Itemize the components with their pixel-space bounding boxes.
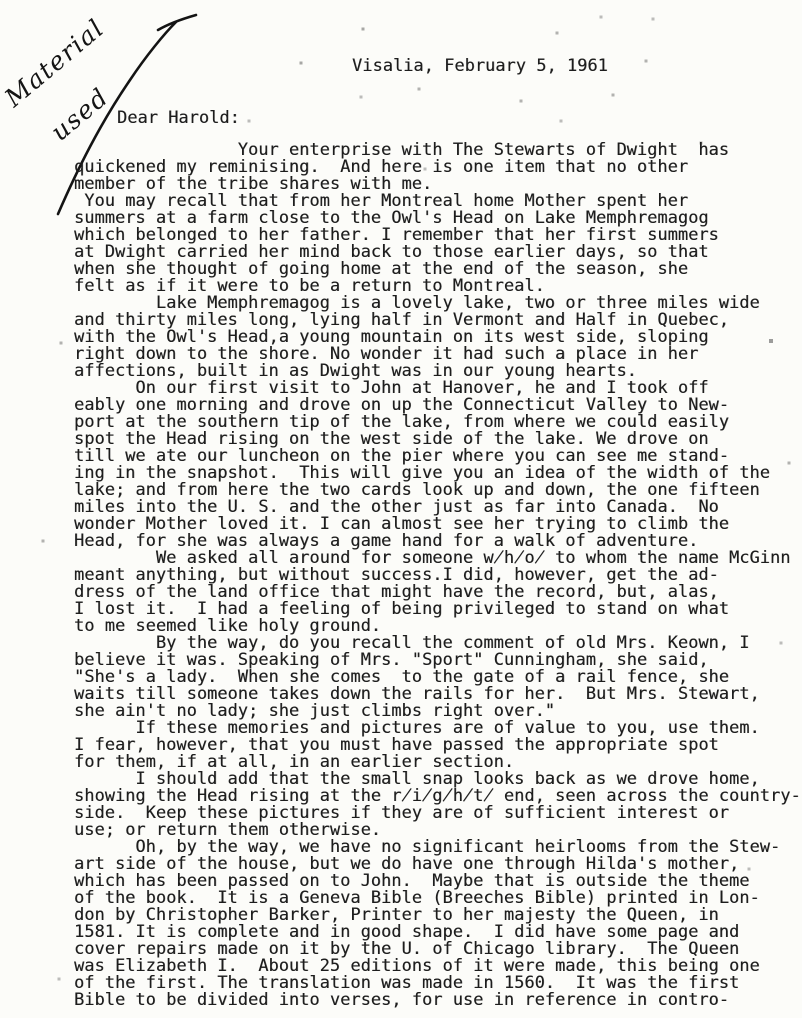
salutation: Dear Harold: [117, 110, 240, 127]
annotation-word-2: used [45, 82, 114, 146]
letter-page: Material used Visalia, February 5, 1961 … [0, 0, 802, 1018]
dateline: Visalia, February 5, 1961 [352, 58, 608, 75]
letter-body: Your enterprise with The Stewarts of Dwi… [74, 142, 801, 1009]
pen-dash [158, 15, 196, 30]
